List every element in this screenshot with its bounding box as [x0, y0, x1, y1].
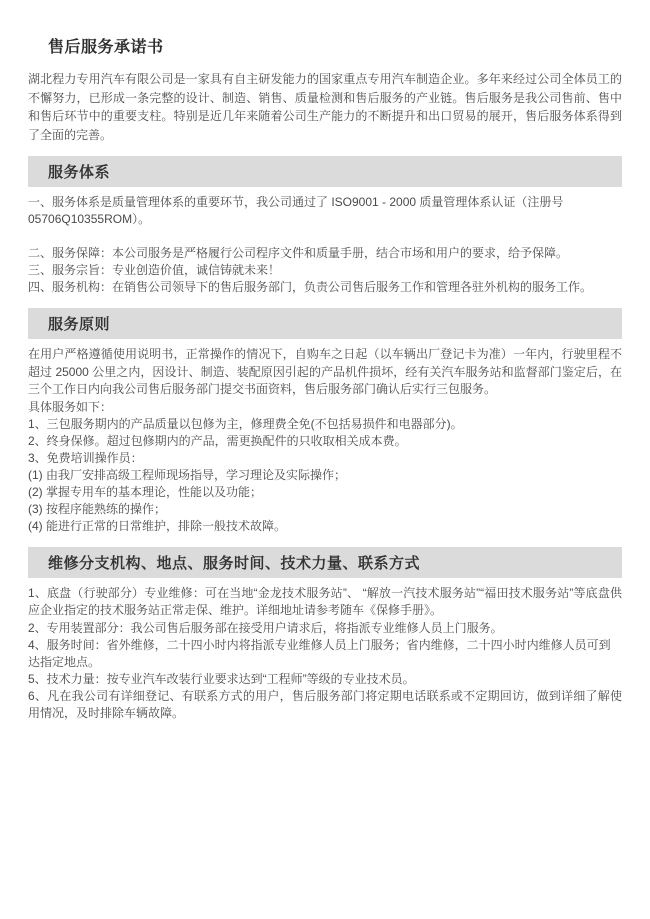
list-item: 二、服务保障：本公司服务是严格履行公司程序文件和质量手册，结合市场和用户的要求，… — [28, 245, 622, 262]
list-item: 3、免费培训操作员： — [28, 450, 622, 467]
list-item: 三、服务宗旨：专业创造价值，诚信铸就未来！ — [28, 262, 622, 279]
list-item: 1、三包服务期内的产品质量以包修为主，修理费全免(不包括易损件和电器部分)。 — [28, 416, 622, 433]
section-repair-branches: 维修分支机构、地点、服务时间、技术力量、联系方式 1、底盘（行驶部分）专业维修：… — [28, 547, 622, 723]
list-item: 一、服务体系是质量管理体系的重要环节，我公司通过了 ISO9001 - 2000… — [28, 194, 622, 228]
sub-list-item: (4) 能进行正常的日常维护，排除一般技术故障。 — [28, 518, 622, 535]
section-heading-service-system: 服务体系 — [28, 156, 622, 187]
sub-list-item: (3) 按程序能熟练的操作； — [28, 501, 622, 518]
section-heading-service-principles: 服务原则 — [28, 308, 622, 339]
section-service-principles: 服务原则 在用户严格遵循使用说明书，正常操作的情况下，自购车之日起（以车辆出厂登… — [28, 308, 622, 535]
document-page: 售后服务承诺书 湖北程力专用汽车有限公司是一家具有自主研发能力的国家重点专用汽车… — [0, 0, 650, 723]
sub-list-item: (2) 掌握专用车的基本理论，性能以及功能； — [28, 484, 622, 501]
sub-list-item: (1) 由我厂安排高级工程师现场指导，学习理论及实际操作； — [28, 467, 622, 484]
list-item: 四、服务机构：在销售公司领导下的售后服务部门，负责公司售后服务工作和管理各驻外机… — [28, 279, 622, 296]
list-item: 2、终身保修。超过包修期内的产品，需更换配件的只收取相关成本费。 — [28, 433, 622, 450]
section-paragraph: 在用户严格遵循使用说明书，正常操作的情况下，自购车之日起（以车辆出厂登记卡为准）… — [28, 346, 622, 399]
sub-list-intro: 具体服务如下： — [28, 399, 622, 416]
section-service-system: 服务体系 一、服务体系是质量管理体系的重要环节，我公司通过了 ISO9001 -… — [28, 156, 622, 296]
list-item: 5、技术力量：按专业汽车改装行业要求达到“工程师”等级的专业技术员。 — [28, 671, 622, 688]
list-item: 1、底盘（行驶部分）专业维修：可在当地“金龙技术服务站”、 “解放一汽技术服务站… — [28, 585, 622, 620]
section-heading-repair-branches: 维修分支机构、地点、服务时间、技术力量、联系方式 — [28, 547, 622, 578]
list-item: 4、服务时间：省外维修，二十四小时内将指派专业维修人员上门服务；省内维修，二十四… — [28, 637, 622, 671]
list-item: 2、专用装置部分：我公司售后服务部在接受用户请求后，将指派专业维修人员上门服务。 — [28, 620, 622, 637]
list-item: 6、凡在我公司有详细登记、有联系方式的用户，售后服务部门将定期电话联系或不定期回… — [28, 688, 622, 723]
page-title: 售后服务承诺书 — [48, 34, 622, 57]
intro-paragraph: 湖北程力专用汽车有限公司是一家具有自主研发能力的国家重点专用汽车制造企业。多年来… — [28, 70, 622, 144]
